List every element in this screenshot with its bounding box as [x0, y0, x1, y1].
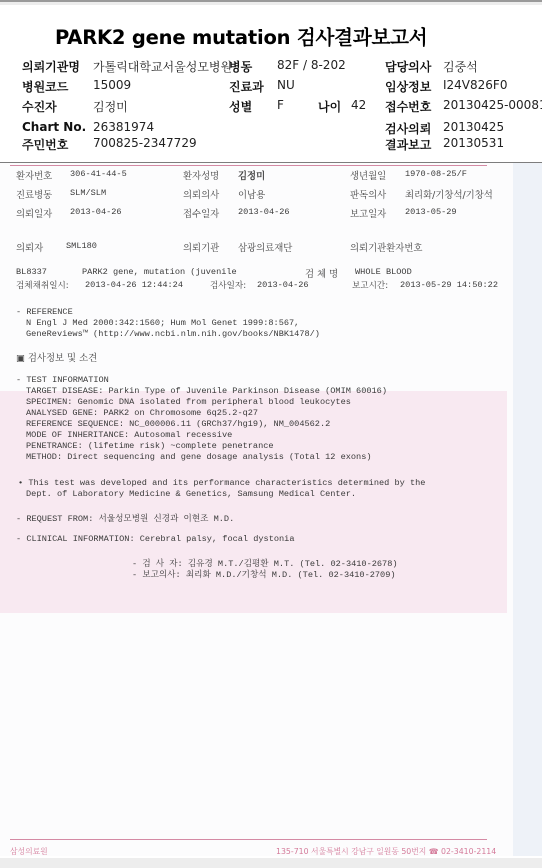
value-patient-number: 306-41-44-5: [70, 169, 127, 179]
value-requesting-institution: 가톨릭대학교서울성모병원: [93, 58, 232, 75]
label-report-time: 보고시간:: [352, 279, 388, 291]
value-requester: SML180: [66, 241, 97, 251]
value-ward: 82F / 8-202: [277, 58, 346, 72]
test-info-line: ANALYSED GENE: PARK2 on Chromosome 6q25.…: [26, 408, 258, 418]
label-age: 나이: [318, 98, 341, 115]
value-clinical-info: I24V826F0: [443, 78, 507, 92]
label-resident-number: 주민번호: [22, 136, 68, 153]
value-referring-doctor: 이남용: [238, 187, 265, 201]
test-info-line: SPECIMEN: Genomic DNA isolated from peri…: [26, 397, 351, 407]
value-result-report: 20130531: [443, 136, 504, 150]
value-ward: SLM/SLM: [70, 188, 106, 198]
test-name: PARK2 gene, mutation (juvenile: [82, 267, 237, 277]
label-requesting-institution: 의뢰기관명: [22, 58, 80, 75]
value-test-date: 2013-04-26: [257, 280, 309, 290]
value-attending-physician: 김중석: [443, 58, 478, 75]
label-patient-name: 환자성명: [183, 168, 219, 182]
label-patient: 수진자: [22, 98, 57, 115]
label-receipt-date: 접수일자: [183, 206, 219, 220]
label-referring-doctor: 의뢰의사: [183, 187, 219, 201]
note-line-2: Dept. of Laboratory Medicine & Genetics,…: [26, 489, 356, 499]
label-ward: 병동: [229, 58, 252, 75]
value-report-time: 2013-05-29 14:50:22: [400, 280, 498, 290]
value-resident-number: 700825-2347729: [93, 136, 197, 150]
clinical-information: - CLINICAL INFORMATION: Cerebral palsy, …: [16, 534, 294, 544]
test-info-line: METHOD: Direct sequencing and gene dosag…: [26, 452, 372, 462]
label-accession-number: 접수번호: [385, 98, 431, 115]
value-chart-no: 26381974: [93, 120, 154, 134]
value-interpreting-doctor: 최리화/기창석/기창석: [405, 187, 493, 201]
reference-line-2: GeneReviews™ (http://www.ncbi.nlm.nih.go…: [26, 329, 320, 339]
section-heading-test-info: ▣ 검사정보 및 소견: [16, 350, 97, 364]
value-patient: 김정미: [93, 98, 128, 115]
test-info-heading: - TEST INFORMATION: [16, 375, 109, 385]
value-patient-name: 김정미: [238, 168, 265, 182]
label-birthdate: 생년월일: [350, 168, 386, 182]
label-result-report: 결과보고: [385, 136, 431, 153]
label-report-date: 보고일자: [350, 206, 386, 220]
scanned-report: 환자번호 306-41-44-5 환자성명 김정미 생년월일 1970-08-2…: [0, 163, 513, 856]
request-from: - REQUEST FROM: 서울성모병원 신경과 이현조 M.D.: [16, 512, 234, 524]
label-test-request: 검사의뢰: [385, 120, 431, 137]
label-requester: 의뢰자: [16, 240, 43, 254]
value-specimen: WHOLE BLOOD: [355, 267, 412, 277]
test-info-line: REFERENCE SEQUENCE: NC_000006.11 (GRCh37…: [26, 419, 330, 429]
value-accession-number: 20130425-00081: [443, 98, 542, 112]
value-receipt-date: 2013-04-26: [238, 207, 290, 217]
label-requesting-org: 의뢰기관: [183, 240, 219, 254]
label-hospital-code: 병원코드: [22, 78, 68, 95]
value-birthdate: 1970-08-25/F: [405, 169, 467, 179]
test-info-line: PENETRANCE: (lifetime risk) ~complete pe…: [26, 441, 274, 451]
note-line-1: • This test was developed and its perfor…: [18, 478, 425, 488]
value-age: 42: [351, 98, 366, 112]
report-title: PARK2 gene mutation 검사결과보고서: [55, 22, 427, 50]
label-attending-physician: 담당의사: [385, 58, 431, 75]
window-top-shade: [0, 2, 542, 5]
bottom-strip: [0, 858, 542, 868]
test-info-line: TARGET DISEASE: Parkin Type of Juvenile …: [26, 386, 387, 396]
value-hospital-code: 15009: [93, 78, 131, 92]
scan-right-margin: [513, 163, 542, 856]
reference-heading: - REFERENCE: [16, 307, 73, 317]
value-report-date: 2013-05-29: [405, 207, 457, 217]
label-clinical-info: 임상정보: [385, 78, 431, 95]
label-department: 진료과: [229, 78, 264, 95]
reference-line-1: N Engl J Med 2000:342:1560; Hum Mol Gene…: [26, 318, 299, 328]
value-requesting-org: 삼광의료재단: [238, 240, 292, 254]
value-collection-time: 2013-04-26 12:44:24: [85, 280, 183, 290]
value-test-request: 20130425: [443, 120, 504, 134]
footer-address: 135-710 서울특별시 강남구 일원동 50번지 ☎ 02-3410-211…: [276, 846, 496, 857]
label-request-date: 의뢰일자: [16, 206, 52, 220]
value-department: NU: [277, 78, 295, 92]
label-chart-no: Chart No.: [22, 120, 86, 134]
label-test-date: 검사일자:: [210, 279, 246, 291]
label-patient-number: 환자번호: [16, 168, 52, 182]
footer-org-name: 삼성의료원: [10, 846, 48, 857]
label-interpreting-doctor: 판독의사: [350, 187, 386, 201]
reporter-line: - 보고의사: 최리화 M.D./기창석 M.D. (Tel. 02-3410-…: [132, 568, 396, 580]
value-sex: F: [277, 98, 284, 112]
label-specimen: 검 체 명: [305, 266, 338, 280]
label-ward: 진료병동: [16, 187, 52, 201]
label-requesting-org-patient-no: 의뢰기관환자번호: [350, 240, 422, 254]
footer-rule: [10, 839, 487, 840]
value-request-date: 2013-04-26: [70, 207, 122, 217]
test-info-line: MODE OF INHERITANCE: Autosomal recessive: [26, 430, 232, 440]
label-collection-time: 검체채취일시:: [16, 279, 69, 291]
label-sex: 성별: [229, 98, 252, 115]
test-code: BL8337: [16, 267, 47, 277]
top-rule: [10, 165, 487, 166]
